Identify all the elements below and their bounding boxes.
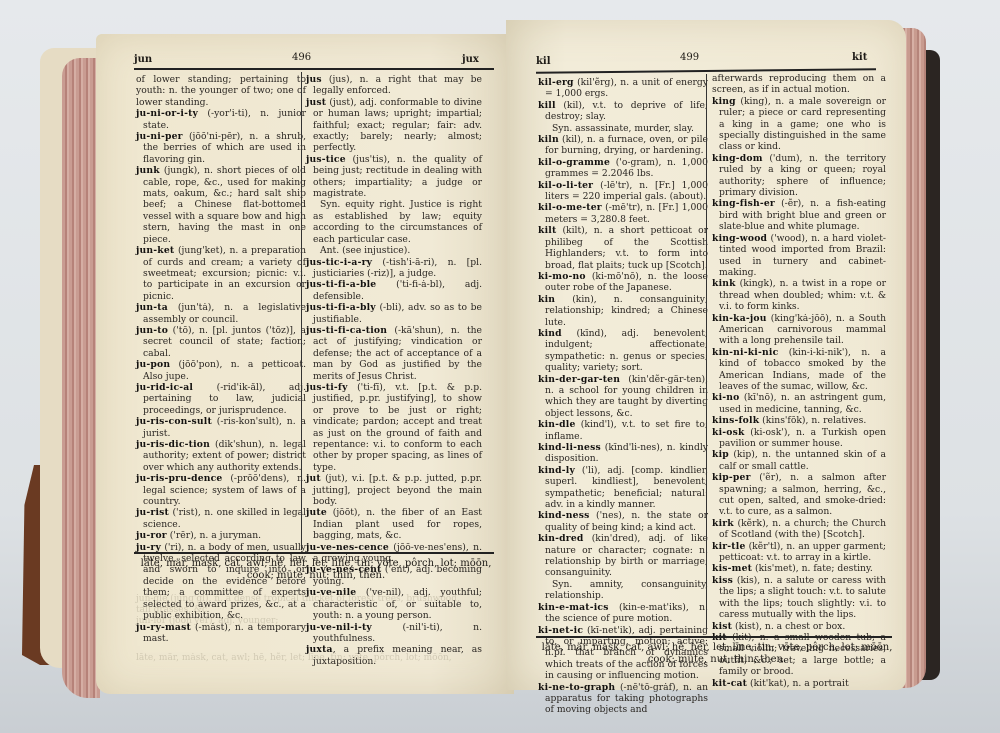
dictionary-entry: of lower standing; pertaining to youth: … [136,74,306,108]
dictionary-entry: king-wood ('wood), n. a hard violet-tint… [712,233,886,279]
headword: kind-ness [538,510,589,521]
dictionary-entry: Ant. (see injustice). [306,245,482,256]
dictionary-entry: jut (jut), v.i. [p.t. & p.p. jutted, p.p… [306,473,482,507]
dictionary-entry: kink (kingk), n. a twist in a rope or th… [712,278,886,312]
dictionary-entry: jus-tice (jus'tis), n. the quality of be… [306,154,482,200]
headword: kirk [712,518,734,529]
dictionary-entry: Syn. assassinate, murder, slay. [538,123,708,134]
headword: jus-tice [306,154,346,165]
dictionary-entry: ki-ne-to-graph (-nē'tō-grȧf), n. an appa… [538,682,708,716]
dictionary-entry: jun-ket (jung'ket), n. a preparation of … [136,245,306,302]
guide-word-left: kil [536,56,551,67]
headword: king-fish-er [712,198,775,209]
headword: kin-ka-jou [712,313,767,324]
dictionary-entry: ki-osk (ki-osk'), n. a Turkish open pavi… [712,427,886,450]
headword: ju-ris-dic-tion [136,439,210,450]
headword: kir-tle [712,541,746,552]
dictionary-entry: kin-der-gar-ten (kin'dẽr-gär-ten), n. a … [538,374,708,420]
headword: ju-rid-ic-al [136,382,193,393]
headword: kil-o-me-ter [538,202,602,213]
dictionary-entry: kir-tle (kẽr'tl), n. an upper garment; p… [712,541,886,564]
headword: kins-folk [712,415,759,426]
dictionary-entry: jus-tic-i-a-ry (-tish'i-ā-ri), n. [pl. j… [306,257,482,280]
headword: jus-tic-i-a-ry [306,257,372,268]
headword: ju-ni-per [136,131,183,142]
dictionary-entry: kirk (kẽrk), n. a church; the Church of … [712,518,886,541]
dictionary-entry: jus-ti-fi-a-ble ('ti-fi-ȧ-bl), adj. defe… [306,279,482,302]
headword: kin-der-gar-ten [538,374,620,385]
headword: kin-ni-ki-nic [712,347,778,358]
headword: ju-ris-con-sult [136,416,212,427]
column-1: kil-erg (kil'ẽrg), n. a unit of energy =… [538,77,708,716]
dictionary-entry: ju-ris-pru-dence (-prōō'dens), n. legal … [136,473,306,507]
headword: ju-ni-or-i-ty [136,108,198,119]
dictionary-entry: kin-ka-jou (king'kȧ-jōō), n. a South Ame… [712,313,886,347]
headword: ju-ry [136,542,161,553]
headword: ki-mo-no [538,271,586,282]
headword: ju-ris-pru-dence [136,473,222,484]
dictionary-entry: kil-erg (kil'ẽrg), n. a unit of energy =… [538,77,708,100]
page-block-edge-left [62,58,100,698]
dictionary-entry: junk (jungk), n. short pieces of old cab… [136,165,306,245]
dictionary-entry: ki-no (kī'nō), n. an astringent gum, use… [712,392,886,415]
dictionary-entry: king-dom ('dum), n. the territory ruled … [712,153,886,199]
headword: kist [712,621,732,632]
dictionary-entry: kin-dred (kin'dred), adj. of like nature… [538,533,708,579]
dictionary-entry: jun-ta (jun'tȧ), n. a legislative assemb… [136,302,306,325]
headword: jun-ket [136,245,174,256]
headword: jus-ti-fi-a-ble [306,279,376,290]
dictionary-entry: ju-rid-ic-al (-rid'ik-ăl), adj. pertaini… [136,382,306,416]
right-page[interactable]: kil 499 kit kil-erg (kil'ẽrg), n. a unit… [506,20,906,690]
headword: ki-net-ic [538,625,583,636]
dictionary-entry: ju-ris-con-sult (-ris-kon'sult), n. a ju… [136,416,306,439]
dictionary-entry: ju-pon (jōō'pon), n. a petticoat. Also j… [136,359,306,382]
dictionary-entry: kit-cat (kit'kat), n. a portrait [712,678,886,689]
dictionary-entry: jus-ti-fy ('ti-fī), v.t. [p.t. & p.p. ju… [306,382,482,473]
left-page[interactable]: jun 496 jux of lower standing; pertainin… [96,34,514,694]
headword: kil-o-gramme [538,157,610,168]
dictionary-entry: jun-to ('tō), n. [pl. juntos ('tōz)], a … [136,325,306,359]
headword: kiln [538,134,559,145]
headword: jun-ta [136,302,168,313]
headword: ju-rist [136,507,169,518]
pronunciation-key: lāte, mär, mȧsk, cat, awl; hē, hẽr, let;… [532,642,902,666]
headword: kind-li-ness [538,442,601,453]
guide-word-left: jun [134,54,152,65]
dictionary-entry: kin (kin), n. consanguinity; relationshi… [538,294,708,328]
dictionary-entry: kin-ni-ki-nic (kin-i-ki-nik'), n. a kind… [712,347,886,393]
dictionary-entry: Syn. equity right. Justice is right as e… [306,199,482,245]
headword: kin-e-mat-ics [538,602,609,613]
headword: kind [538,328,562,339]
dictionary-entry: afterwards reproducing them on a screen,… [712,73,886,96]
headword: jute [306,507,327,518]
dictionary-entry: kill (kil), v.t. to deprive of life; des… [538,100,708,123]
dictionary-entry: kind-ness ('nes), n. the state or qualit… [538,510,708,533]
headword: jus-ti-fi-a-bly [306,302,376,313]
headword: ju-pon [136,359,170,370]
headword: kin-dle [538,419,576,430]
column-2: afterwards reproducing them on a screen,… [712,73,886,689]
dictionary-entry: kip-per ('ẽr), n. a salmon after spawnin… [712,472,886,518]
dictionary-entry: kil-o-gramme ('o-gram), n. 1,000 grammes… [538,157,708,180]
dictionary-entry: kil-o-me-ter (-mē'tr), n. [Fr.] 1,000 me… [538,202,708,225]
headword: jus-ti-fi-ca-tion [306,325,387,336]
dictionary-entry: kin-dle (kind'l), v.t. to set fire to; i… [538,419,708,442]
dictionary-entry: jute (jōōt), n. the fiber of an East Ind… [306,507,482,541]
headword: jus [306,74,322,85]
dictionary-entry: jus-ti-fi-a-bly (-bli), adv. so as to be… [306,302,482,325]
footer-rule [134,552,494,554]
dictionary-entry: ju-ni-per (jōō'ni-pēr), n. a shrub, the … [136,131,306,165]
dictionary-entry: king (king), n. a male sovereign or rule… [712,96,886,153]
guide-word-right: jux [462,54,479,65]
column-divider [706,74,707,632]
dictionary-entry: kiln (kil), n. a furnace, oven, or pile … [538,134,708,157]
dictionary-entry: kilt (kilt), n. a short petticoat or phi… [538,225,708,271]
show-through-text: jun-gle (jung'gl), n. a dense tropical t… [136,594,476,664]
dictionary-entry: just (just), adj. conformable to divine … [306,97,482,154]
headword: kin [538,294,555,305]
dictionary-entry: kind (kīnd), adj. benevolent; indulgent;… [538,328,708,374]
dictionary-entry: ju-ris-dic-tion (dik'shun), n. legal aut… [136,439,306,473]
dictionary-entry: jus (jus), n. a right that may be legall… [306,74,482,97]
headword: kil-erg [538,77,574,88]
column-divider [301,72,302,550]
dictionary-entry: kis-met (kis'met), n. fate; destiny. [712,563,886,574]
headword: kink [712,278,736,289]
dictionary-entry: Syn. amnity, consanguinity, relationship… [538,579,708,602]
headword: jun-to [136,325,168,336]
header-rule [134,68,494,70]
headword: kip-per [712,472,751,483]
headword: king-wood [712,233,767,244]
headword: ki-no [712,392,739,403]
dictionary-entry: kind-ly ('li), adj. [comp. kindlier, sup… [538,465,708,511]
headword: ju-ve-nes-cence [306,542,389,553]
dictionary-entry: kin-e-mat-ics (kin-e-mat'iks), n. the sc… [538,602,708,625]
headword: kilt [538,225,556,236]
headword: jut [306,473,321,484]
headword: kill [538,100,556,111]
dictionary-entry: kil-o-li-ter (-lē'tr), n. [Fr.] 1,000 li… [538,180,708,203]
dictionary-entry: jus-ti-fi-ca-tion (-kā'shun), n. the act… [306,325,482,382]
headword: king-dom [712,153,763,164]
headword: kit-cat [712,678,747,689]
headword: kis-met [712,563,752,574]
dictionary-entry: king-fish-er (-ẽr), n. a fish-eating bir… [712,198,886,232]
dictionary-entry: kiss (kis), n. a salute or caress with t… [712,575,886,621]
page-number: 496 [292,52,311,63]
dictionary-entry: ju-ni-or-i-ty (-yor'i-ti), n. junior sta… [136,108,306,131]
headword: kil-o-li-ter [538,180,593,191]
dictionary-entry: ju-rist ('rist), n. one skilled in legal… [136,507,306,530]
guide-word-right: kit [852,52,867,63]
headword: kiss [712,575,733,586]
dictionary-entry: kist (kist), n. a chest or box. [712,621,886,632]
headword: just [306,97,326,108]
dictionary-entry: kip (kip), n. the untanned skin of a cal… [712,449,886,472]
dictionary-entry: ju-ror ('rēr), n. a juryman. [136,530,306,541]
dictionary-entry: kind-li-ness (kīnd'li-nes), n. kindly di… [538,442,708,465]
headword: kin-dred [538,533,583,544]
headword: ki-ne-to-graph [538,682,615,693]
headword: king [712,96,736,107]
headword: ki-osk [712,427,745,438]
footer-rule [536,636,892,638]
dictionary-entry: ki-mo-no (ki-mō'nō), n. the loose outer … [538,271,708,294]
dictionary-entry: kins-folk (kins'fōk), n. relatives. [712,415,886,426]
headword: jus-ti-fy [306,382,348,393]
headword: kind-ly [538,465,575,476]
headword: junk [136,165,160,176]
pronunciation-key: lāte, mär, mȧsk, cat, awl; hē, hẽr, let;… [126,558,506,582]
page-number: 499 [680,52,699,63]
headword: ju-ror [136,530,167,541]
headword: kip [712,449,729,460]
